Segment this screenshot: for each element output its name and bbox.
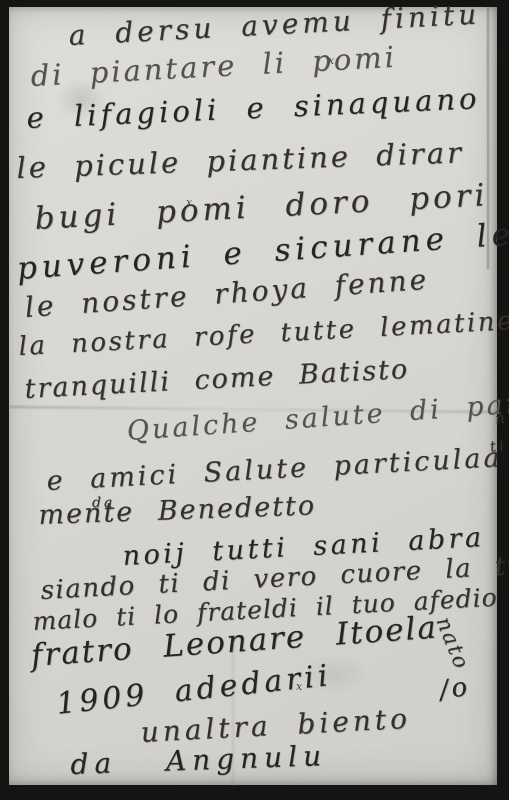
superscript-letter: n xyxy=(494,410,509,427)
ink-tick-mark: x xyxy=(328,54,334,67)
letter-scan: a dersu avemu finitu di piantare li pomi… xyxy=(0,0,509,800)
inserted-word: da xyxy=(92,496,115,510)
ink-tick-mark: x xyxy=(186,196,192,209)
superscript-letters: ti xyxy=(489,438,508,455)
signature-flourish: /o xyxy=(438,674,472,704)
ink-tick-mark: x xyxy=(296,680,302,693)
